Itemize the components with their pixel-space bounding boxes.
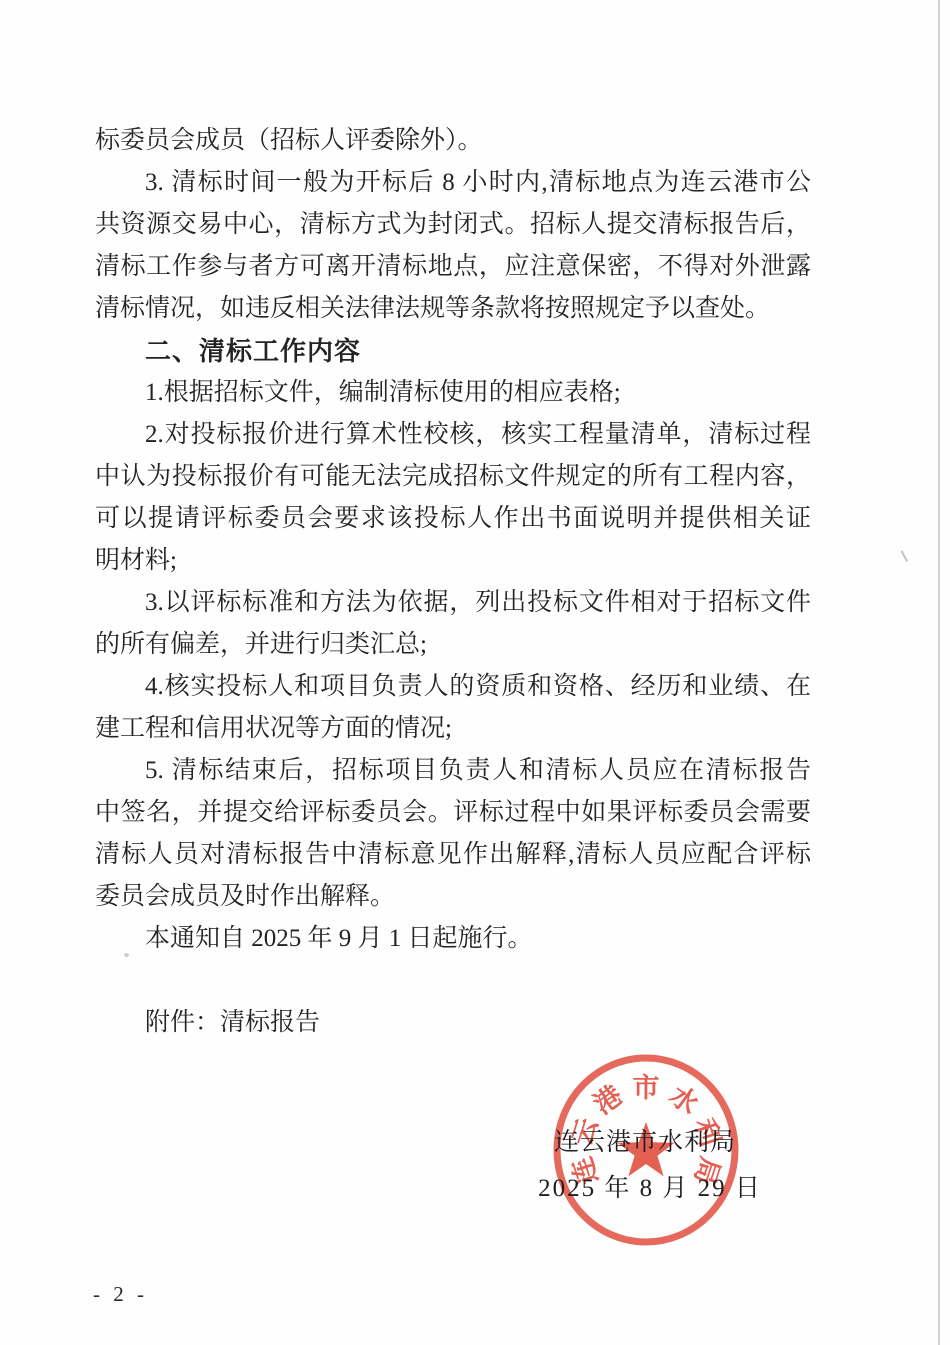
section-heading: 二、清标工作内容 xyxy=(95,330,811,372)
signature-organization: 连云港市水利局 xyxy=(515,1122,775,1158)
document-line: 清标工作参与者方可离开清标地点，应注意保密，不得对外泄露 xyxy=(95,246,811,288)
document-line: 标委员会成员（招标人评委除外）。 xyxy=(95,120,811,162)
document-page: 标委员会成员（招标人评委除外）。 3. 清标时间一般为开标后 8 小时内,清标地… xyxy=(0,0,950,1345)
document-line: 建工程和信用状况等方面的情况; xyxy=(95,708,811,750)
scan-artifact xyxy=(124,953,129,957)
page-edge-line xyxy=(938,0,940,1345)
document-line: 3.以评标标准和方法为依据，列出投标文件相对于招标文件 xyxy=(95,582,811,624)
document-line: 可以提请评标委员会要求该投标人作出书面说明并提供相关证 xyxy=(95,498,811,540)
signature-date: 2025 年 8 月 29 日 xyxy=(510,1168,790,1204)
document-line: 清标人员对清标报告中清标意见作出解释,清标人员应配合评标 xyxy=(95,834,811,876)
document-line: 共资源交易中心，清标方式为封闭式。招标人提交清标报告后， xyxy=(95,204,811,246)
document-body: 标委员会成员（招标人评委除外）。 3. 清标时间一般为开标后 8 小时内,清标地… xyxy=(95,120,811,1044)
document-line: 委员会成员及时作出解释。 xyxy=(95,876,811,918)
document-line: 明材料; xyxy=(95,540,811,582)
attachment-line: 附件：清标报告 xyxy=(95,1002,811,1044)
svg-text:港: 港 xyxy=(588,1080,627,1120)
document-line: 的所有偏差，并进行归类汇总; xyxy=(95,624,811,666)
svg-text:市: 市 xyxy=(633,1073,660,1103)
document-line: 3. 清标时间一般为开标后 8 小时内,清标地点为连云港市公 xyxy=(95,162,811,204)
document-line: 4.核实投标人和项目负责人的资质和资格、经历和业绩、在 xyxy=(95,666,811,708)
scan-artifact xyxy=(901,548,913,562)
document-line: 2.对投标报价进行算术性校核，核实工程量清单，清标过程 xyxy=(95,414,811,456)
svg-text:水: 水 xyxy=(664,1080,703,1120)
blank-line xyxy=(95,960,811,1002)
document-line: 5. 清标结束后，招标项目负责人和清标人员应在清标报告 xyxy=(95,750,811,792)
document-line: 中认为投标报价有可能无法完成招标文件规定的所有工程内容， xyxy=(95,456,811,498)
page-number: - 2 - xyxy=(93,1282,148,1307)
effective-date-line: 本通知自 2025 年 9 月 1 日起施行。 xyxy=(95,918,811,960)
document-line: 中签名，并提交给评标委员会。评标过程中如果评标委员会需要 xyxy=(95,792,811,834)
document-line: 清标情况，如违反相关法律法规等条款将按照规定予以查处。 xyxy=(95,288,811,330)
document-line: 1.根据招标文件，编制清标使用的相应表格; xyxy=(95,372,811,414)
